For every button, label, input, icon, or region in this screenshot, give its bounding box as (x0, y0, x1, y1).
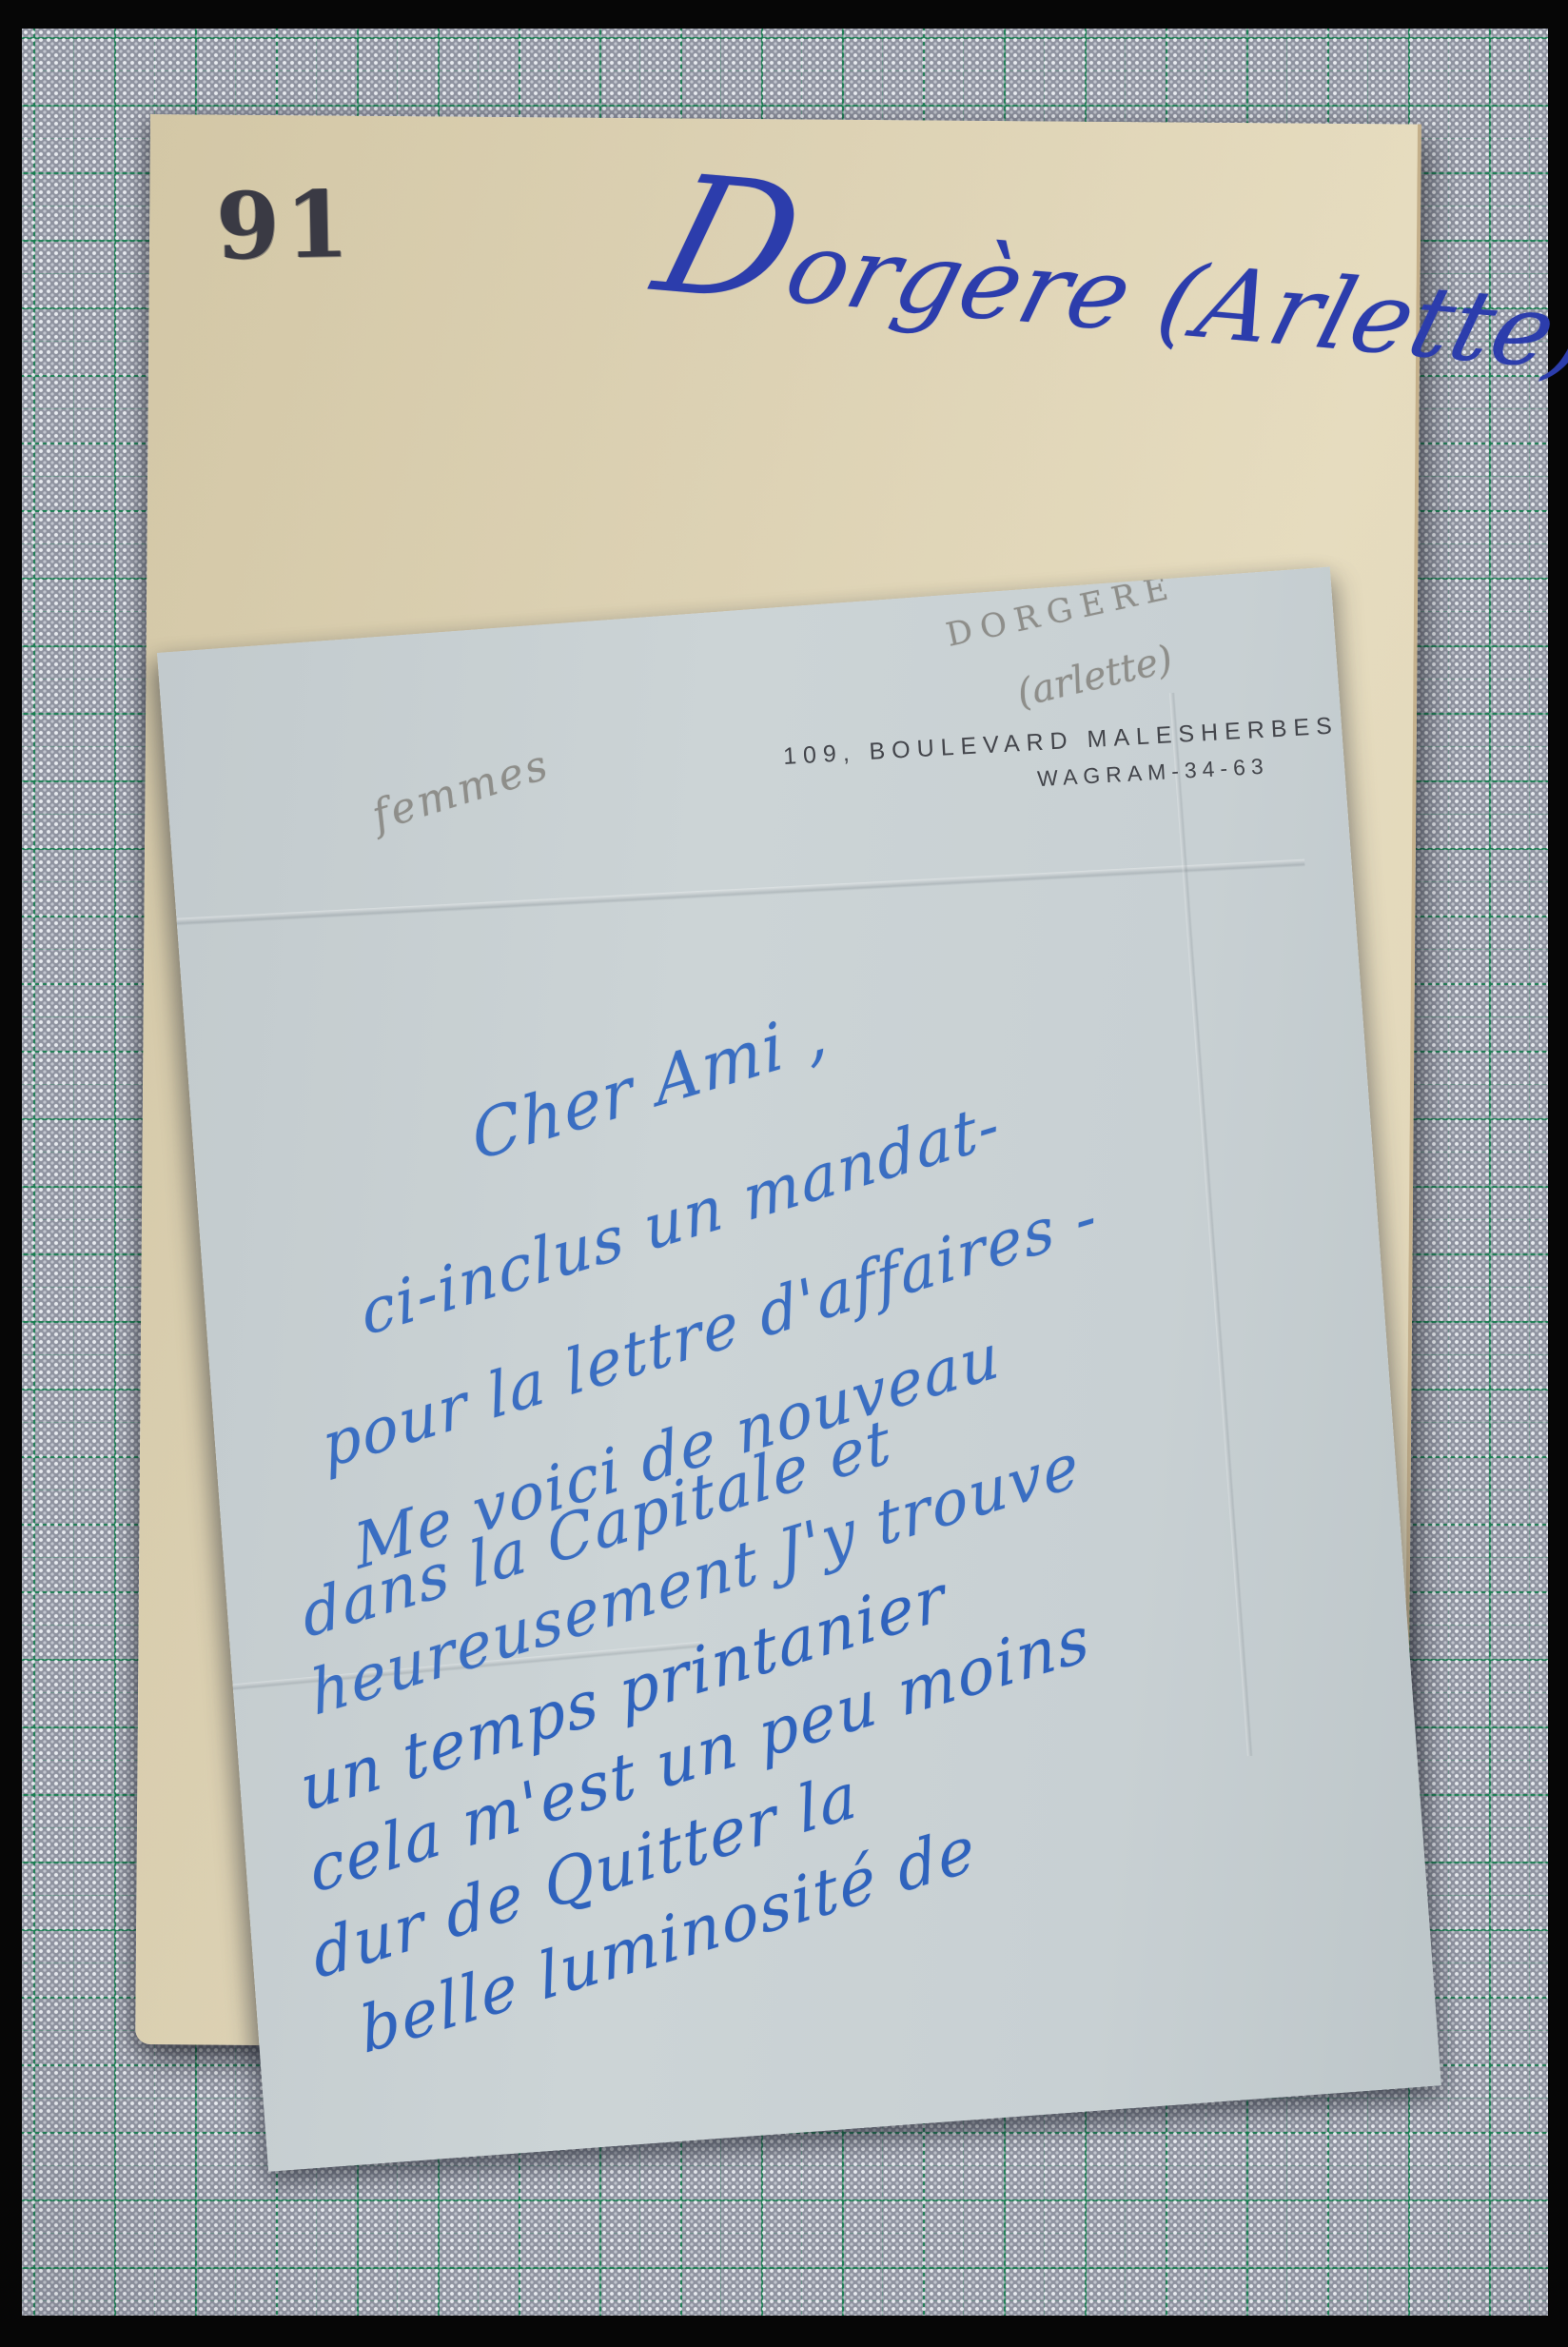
stamp-number: 91 (215, 179, 355, 273)
paper-crease (1169, 693, 1253, 1756)
letter-line: Cher Ami , (468, 1000, 833, 1172)
paper-crease (177, 859, 1304, 926)
letter-paper: 109, BOULEVARD MALESHERBES WAGRAM-34-63 … (157, 566, 1441, 2171)
pencil-annotation-forename: (arlette) (1012, 637, 1177, 716)
letterhead: 109, BOULEVARD MALESHERBES WAGRAM-34-63 (782, 712, 1341, 806)
pencil-annotation-word: femmes (366, 740, 556, 841)
photo-frame: 91 Dorgère (Arlette) 109, BOULEVARD MALE… (0, 0, 1568, 2347)
